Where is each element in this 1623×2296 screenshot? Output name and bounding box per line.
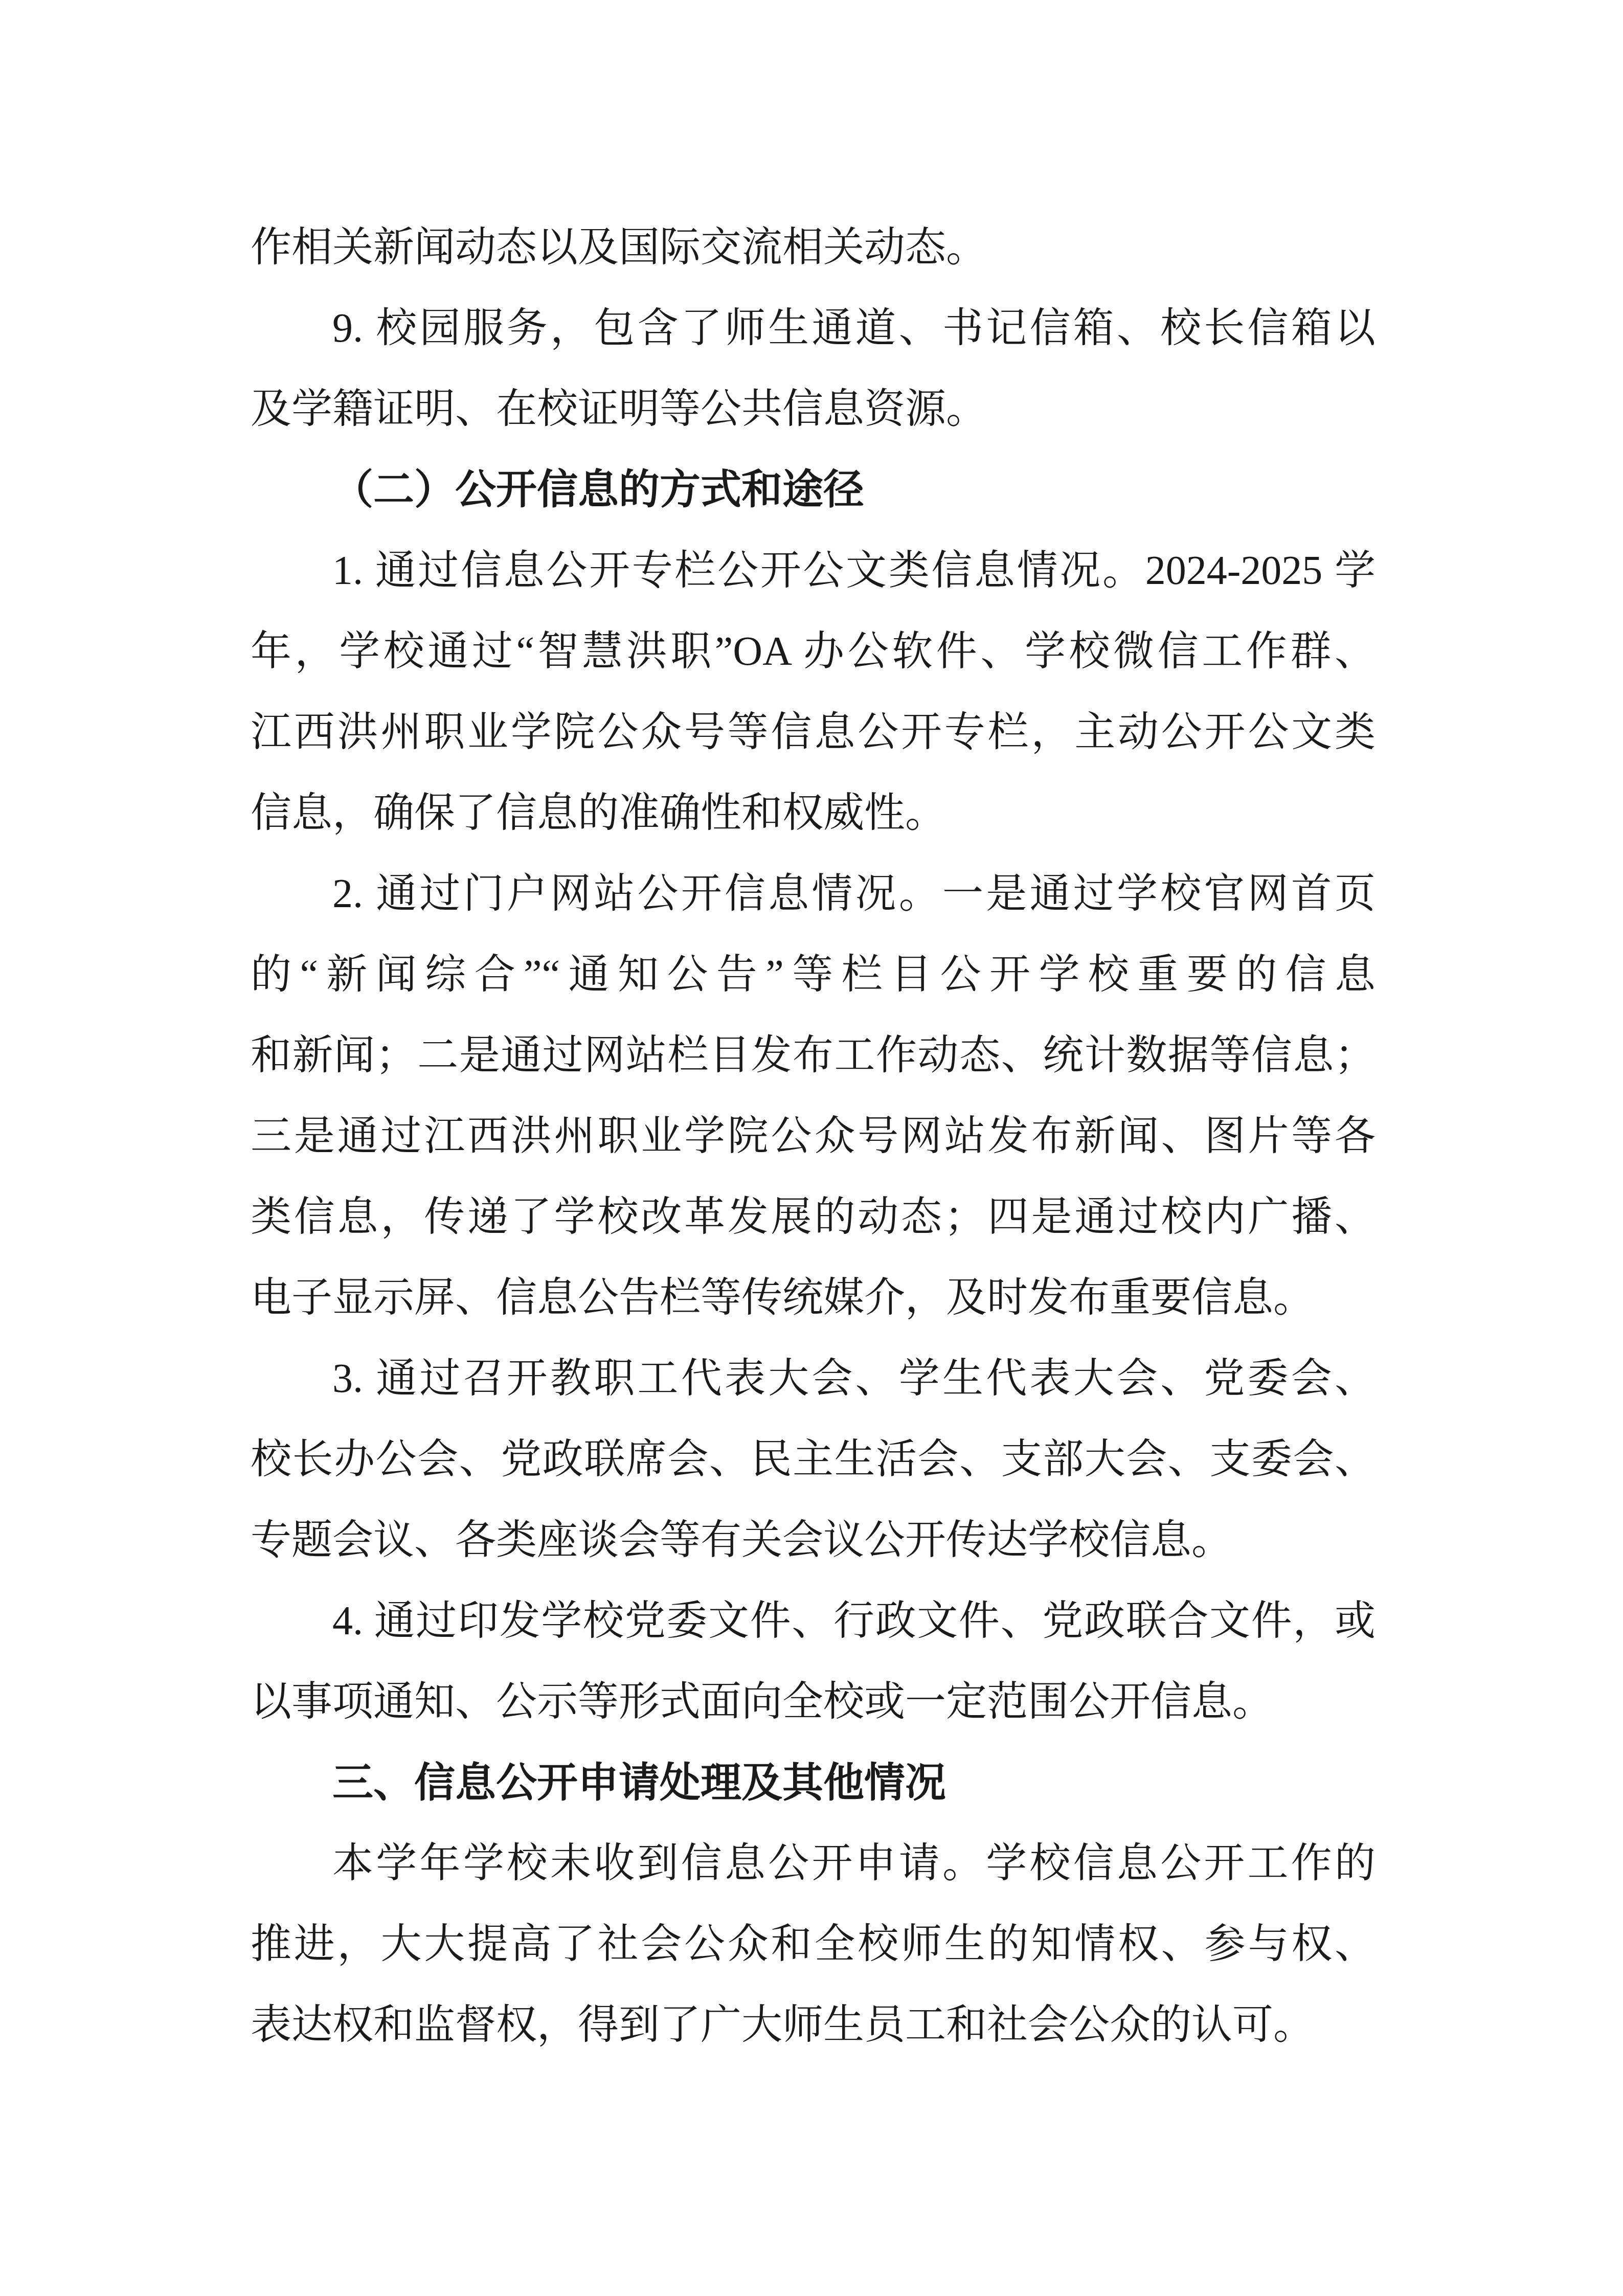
text-line: 年，学校通过“智慧洪职”OA 办公软件、学校微信工作群、: [251, 611, 1376, 692]
text-line: 3. 通过召开教职工代表大会、学生代表大会、党委会、: [251, 1338, 1376, 1419]
text-line: 4. 通过印发学校党委文件、行政文件、党政联合文件，或: [251, 1581, 1376, 1661]
paragraph: 作相关新闻动态以及国际交流相关动态。: [251, 207, 1376, 288]
paragraph: 1. 通过信息公开专栏公开公文类信息情况。2024-2025 学年，学校通过“智…: [251, 530, 1376, 853]
text-line: 江西洪州职业学院公众号等信息公开专栏，主动公开公文类: [251, 692, 1376, 773]
text-line: 推进，大大提高了社会公众和全校师生的知情权、参与权、: [251, 1904, 1376, 1985]
text-line: 本学年学校未收到信息公开申请。学校信息公开工作的: [251, 1823, 1376, 1904]
paragraph: 3. 通过召开教职工代表大会、学生代表大会、党委会、校长办公会、党政联席会、民主…: [251, 1338, 1376, 1581]
heading-line: （二）公开信息的方式和途径: [251, 449, 1376, 530]
section-heading: 三、信息公开申请处理及其他情况: [251, 1742, 1376, 1823]
document-page: 作相关新闻动态以及国际交流相关动态。9. 校园服务，包含了师生通道、书记信箱、校…: [0, 0, 1623, 2296]
paragraph: 2. 通过门户网站公开信息情况。一是通过学校官网首页的“新闻综合”“通知公告”等…: [251, 853, 1376, 1338]
text-line: 2. 通过门户网站公开信息情况。一是通过学校官网首页: [251, 853, 1376, 934]
text-line: 信息，确保了信息的准确性和权威性。: [251, 773, 1376, 853]
section-heading: （二）公开信息的方式和途径: [251, 449, 1376, 530]
text-line: 1. 通过信息公开专栏公开公文类信息情况。2024-2025 学: [251, 530, 1376, 611]
text-line: 9. 校园服务，包含了师生通道、书记信箱、校长信箱以: [251, 288, 1376, 369]
text-line: 类信息，传递了学校改革发展的动态；四是通过校内广播、: [251, 1177, 1376, 1257]
paragraph: 本学年学校未收到信息公开申请。学校信息公开工作的推进，大大提高了社会公众和全校师…: [251, 1823, 1376, 2065]
text-line: 专题会议、各类座谈会等有关会议公开传达学校信息。: [251, 1500, 1376, 1581]
text-line: 表达权和监督权，得到了广大师生员工和社会公众的认可。: [251, 1985, 1376, 2065]
text-line: 三是通过江西洪州职业学院公众号网站发布新闻、图片等各: [251, 1096, 1376, 1177]
heading-line: 三、信息公开申请处理及其他情况: [251, 1742, 1376, 1823]
text-line: 电子显示屏、信息公告栏等传统媒介，及时发布重要信息。: [251, 1257, 1376, 1338]
text-line: 作相关新闻动态以及国际交流相关动态。: [251, 207, 1376, 288]
text-line: 的“新闻综合”“通知公告”等栏目公开学校重要的信息: [251, 934, 1376, 1015]
document-text-block: 作相关新闻动态以及国际交流相关动态。9. 校园服务，包含了师生通道、书记信箱、校…: [251, 207, 1376, 2065]
text-line: 及学籍证明、在校证明等公共信息资源。: [251, 369, 1376, 449]
text-line: 校长办公会、党政联席会、民主生活会、支部大会、支委会、: [251, 1419, 1376, 1500]
paragraph: 4. 通过印发学校党委文件、行政文件、党政联合文件，或以事项通知、公示等形式面向…: [251, 1581, 1376, 1742]
text-line: 和新闻；二是通过网站栏目发布工作动态、统计数据等信息；: [251, 1015, 1376, 1096]
text-line: 以事项通知、公示等形式面向全校或一定范围公开信息。: [251, 1661, 1376, 1742]
paragraph: 9. 校园服务，包含了师生通道、书记信箱、校长信箱以及学籍证明、在校证明等公共信…: [251, 288, 1376, 449]
